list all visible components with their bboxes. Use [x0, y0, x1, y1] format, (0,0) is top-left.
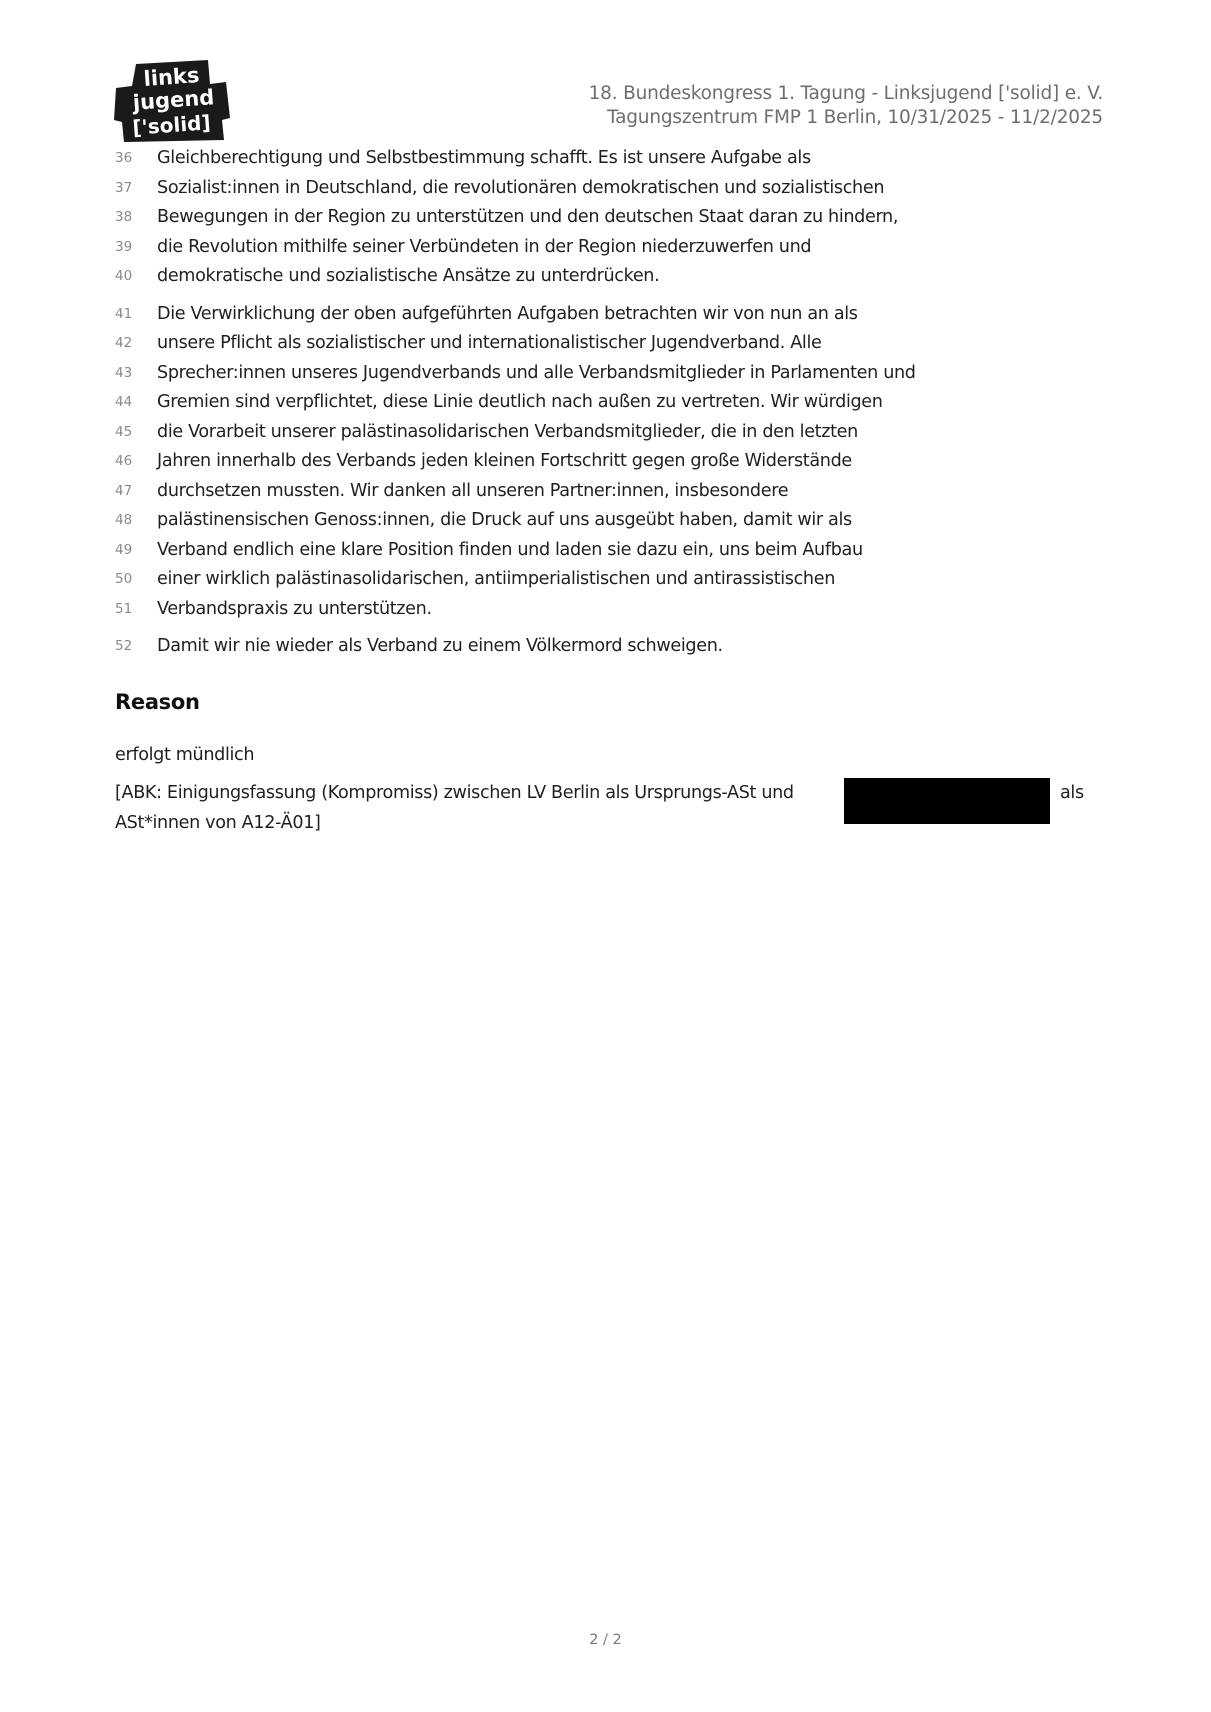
text-line: 49Verband endlich eine klare Position fi… — [115, 536, 1115, 566]
text-line: 38Bewegungen in der Region zu unterstütz… — [115, 203, 1115, 233]
line-number: 49 — [115, 536, 145, 566]
line-number: 44 — [115, 388, 145, 418]
text-line: 51Verbandspraxis zu unterstützen. — [115, 595, 1115, 625]
line-number: 51 — [115, 595, 145, 625]
venue-date: Tagungszentrum FMP 1 Berlin, 10/31/2025 … — [589, 106, 1103, 130]
line-number: 43 — [115, 359, 145, 389]
line-text: Verband endlich eine klare Position find… — [157, 536, 863, 566]
paragraph: 41Die Verwirklichung der oben aufgeführt… — [115, 300, 1115, 625]
document-header: 18. Bundeskongress 1. Tagung - Linksjuge… — [589, 82, 1103, 130]
line-text: unsere Pflicht als sozialistischer und i… — [157, 329, 821, 359]
line-text: Sozialist:innen in Deutschland, die revo… — [157, 174, 884, 204]
reason-section: erfolgt mündlich [ABK: Einigungsfassung … — [115, 740, 1105, 838]
line-number: 42 — [115, 329, 145, 359]
motion-text: 36Gleichberechtigung und Selbstbestimmun… — [115, 144, 1115, 670]
line-number: 50 — [115, 565, 145, 595]
line-text: Bewegungen in der Region zu unterstützen… — [157, 203, 898, 233]
line-number: 45 — [115, 418, 145, 448]
text-line: 39die Revolution mithilfe seiner Verbünd… — [115, 233, 1115, 263]
text-line: 48palästinensischen Genoss:innen, die Dr… — [115, 506, 1115, 536]
line-text: durchsetzen mussten. Wir danken all unse… — [157, 477, 788, 507]
line-text: Sprecher:innen unseres Jugendverbands un… — [157, 359, 916, 389]
linksjugend-solid-logo: links jugend ['solid] — [114, 60, 236, 142]
line-text: Die Verwirklichung der oben aufgeführten… — [157, 300, 858, 330]
compromise-note: [ABK: Einigungsfassung (Kompromiss) zwis… — [115, 778, 1105, 838]
text-line: 52Damit wir nie wieder als Verband zu ei… — [115, 632, 1115, 662]
event-title: 18. Bundeskongress 1. Tagung - Linksjuge… — [589, 82, 1103, 106]
text-line: 44Gremien sind verpflichtet, diese Linie… — [115, 388, 1115, 418]
paragraph: 36Gleichberechtigung und Selbstbestimmun… — [115, 144, 1115, 292]
line-number: 37 — [115, 174, 145, 204]
line-number: 47 — [115, 477, 145, 507]
reason-text: erfolgt mündlich — [115, 740, 1105, 770]
line-text: Verbandspraxis zu unterstützen. — [157, 595, 432, 625]
line-text: Damit wir nie wieder als Verband zu eine… — [157, 632, 723, 662]
line-number: 40 — [115, 262, 145, 292]
text-line: 41Die Verwirklichung der oben aufgeführt… — [115, 300, 1115, 330]
line-text: demokratische und sozialistische Ansätze… — [157, 262, 659, 292]
text-line: 42unsere Pflicht als sozialistischer und… — [115, 329, 1115, 359]
line-text: einer wirklich palästinasolidarischen, a… — [157, 565, 835, 595]
line-number: 52 — [115, 632, 145, 662]
text-line: 46Jahren innerhalb des Verbands jeden kl… — [115, 447, 1115, 477]
line-number: 38 — [115, 203, 145, 233]
note-text-after-redaction: als — [1060, 778, 1084, 808]
line-text: die Revolution mithilfe seiner Verbündet… — [157, 233, 811, 263]
line-text: palästinensischen Genoss:innen, die Druc… — [157, 506, 852, 536]
line-number: 46 — [115, 447, 145, 477]
line-text: Gleichberechtigung und Selbstbestimmung … — [157, 144, 811, 174]
paragraph: 52Damit wir nie wieder als Verband zu ei… — [115, 632, 1115, 662]
redaction-box — [844, 778, 1050, 824]
line-text: Gremien sind verpflichtet, diese Linie d… — [157, 388, 883, 418]
text-line: 50einer wirklich palästinasolidarischen,… — [115, 565, 1115, 595]
reason-heading: Reason — [115, 690, 200, 714]
note-text-start: [ABK: Einigungsfassung (Kompromiss) zwis… — [115, 783, 794, 803]
text-line: 47durchsetzen mussten. Wir danken all un… — [115, 477, 1115, 507]
text-line: 43Sprecher:innen unseres Jugendverbands … — [115, 359, 1115, 389]
text-line: 36Gleichberechtigung und Selbstbestimmun… — [115, 144, 1115, 174]
text-line: 37Sozialist:innen in Deutschland, die re… — [115, 174, 1115, 204]
text-line: 45die Vorarbeit unserer palästinasolidar… — [115, 418, 1115, 448]
line-number: 41 — [115, 300, 145, 330]
line-text: die Vorarbeit unserer palästinasolidaris… — [157, 418, 858, 448]
line-number: 36 — [115, 144, 145, 174]
line-number: 48 — [115, 506, 145, 536]
page-number: 2 / 2 — [0, 1632, 1211, 1648]
line-text: Jahren innerhalb des Verbands jeden klei… — [157, 447, 852, 477]
text-line: 40demokratische und sozialistische Ansät… — [115, 262, 1115, 292]
line-number: 39 — [115, 233, 145, 263]
